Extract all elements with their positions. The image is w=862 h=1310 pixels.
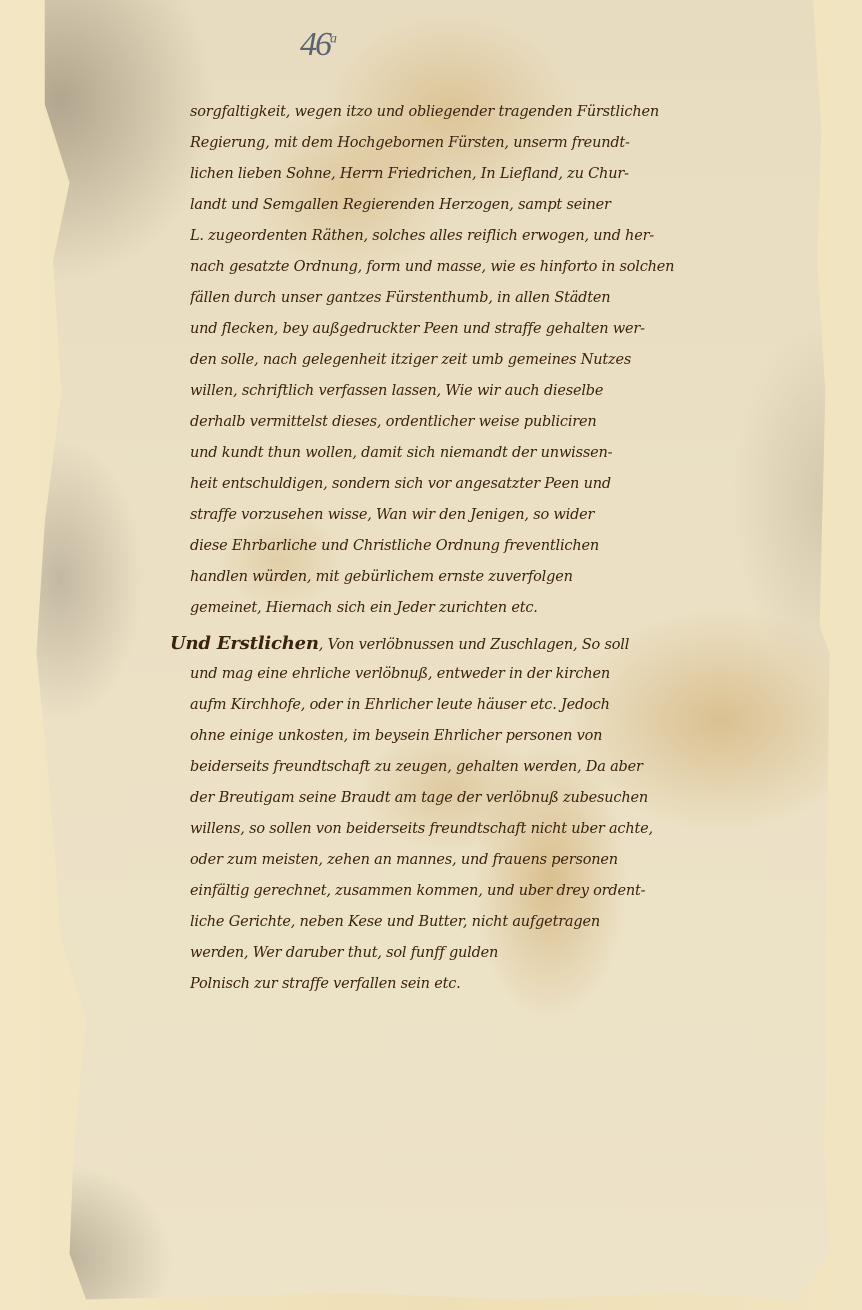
manuscript-line: derhalb vermittelst dieses, ordentlicher… <box>190 407 810 438</box>
manuscript-line: und kundt thun wollen, damit sich nieman… <box>190 438 810 469</box>
manuscript-line: gemeinet, Hiernach sich ein Jeder zurich… <box>190 593 810 624</box>
folio-suffix: a <box>330 32 335 47</box>
manuscript-line: Regierung, mit dem Hochgebornen Fürsten,… <box>190 128 810 159</box>
manuscript-line: den solle, nach gelegenheit itziger zeit… <box>190 345 810 376</box>
heading-title: Und Erstlichen <box>170 633 319 654</box>
paragraph-preamble: sorgfaltigkeit, wegen itzo und obliegend… <box>190 97 810 624</box>
manuscript-line: nach gesatzte Ordnung, form und masse, w… <box>190 252 810 283</box>
manuscript-line: Polnisch zur straffe verfallen sein etc. <box>190 969 810 1000</box>
manuscript-line: und flecken, bey außgedruckter Peen und … <box>190 314 810 345</box>
section-heading: Und Erstlichen, Von verlöbnussen und Zus… <box>170 628 810 659</box>
manuscript-line: der Breutigam seine Braudt am tage der v… <box>190 783 810 814</box>
manuscript-line: willens, so sollen von beiderseits freun… <box>190 814 810 845</box>
manuscript-line: willen, schriftlich verfassen lassen, Wi… <box>190 376 810 407</box>
folio-number: 46a <box>300 26 335 64</box>
manuscript-line: ohne einige unkosten, im beysein Ehrlich… <box>190 721 810 752</box>
manuscript-line: L. zugeordenten Räthen, solches alles re… <box>190 221 810 252</box>
manuscript-line: fällen durch unser gantzes Fürstenthumb,… <box>190 283 810 314</box>
manuscript-line: oder zum meisten, zehen an mannes, und f… <box>190 845 810 876</box>
manuscript-line: beiderseits freundtschaft zu zeugen, geh… <box>190 752 810 783</box>
paragraph-betrothals: und mag eine ehrliche verlöbnuß, entwede… <box>190 659 810 1000</box>
manuscript-line: diese Ehrbarliche und Christliche Ordnun… <box>190 531 810 562</box>
heading-continuation: , Von verlöbnussen und Zuschlagen, So so… <box>319 637 629 653</box>
manuscript-line: werden, Wer daruber thut, sol funff guld… <box>190 938 810 969</box>
manuscript-line: sorgfaltigkeit, wegen itzo und obliegend… <box>190 97 810 128</box>
manuscript-line: und mag eine ehrliche verlöbnuß, entwede… <box>190 659 810 690</box>
manuscript-line: landt und Semgallen Regierenden Herzogen… <box>190 190 810 221</box>
manuscript-line: aufm Kirchhofe, oder in Ehrlicher leute … <box>190 690 810 721</box>
manuscript-line: heit entschuldigen, sondern sich vor ang… <box>190 469 810 500</box>
manuscript-text: sorgfaltigkeit, wegen itzo und obliegend… <box>190 97 810 1000</box>
manuscript-line: liche Gerichte, neben Kese und Butter, n… <box>190 907 810 938</box>
manuscript-line: einfältig gerechnet, zusammen kommen, un… <box>190 876 810 907</box>
manuscript-line: lichen lieben Sohne, Herrn Friedrichen, … <box>190 159 810 190</box>
manuscript-line: straffe vorzusehen wisse, Wan wir den Je… <box>190 500 810 531</box>
folio-number-value: 46 <box>300 26 330 63</box>
manuscript-line: handlen würden, mit gebürlichem ernste z… <box>190 562 810 593</box>
